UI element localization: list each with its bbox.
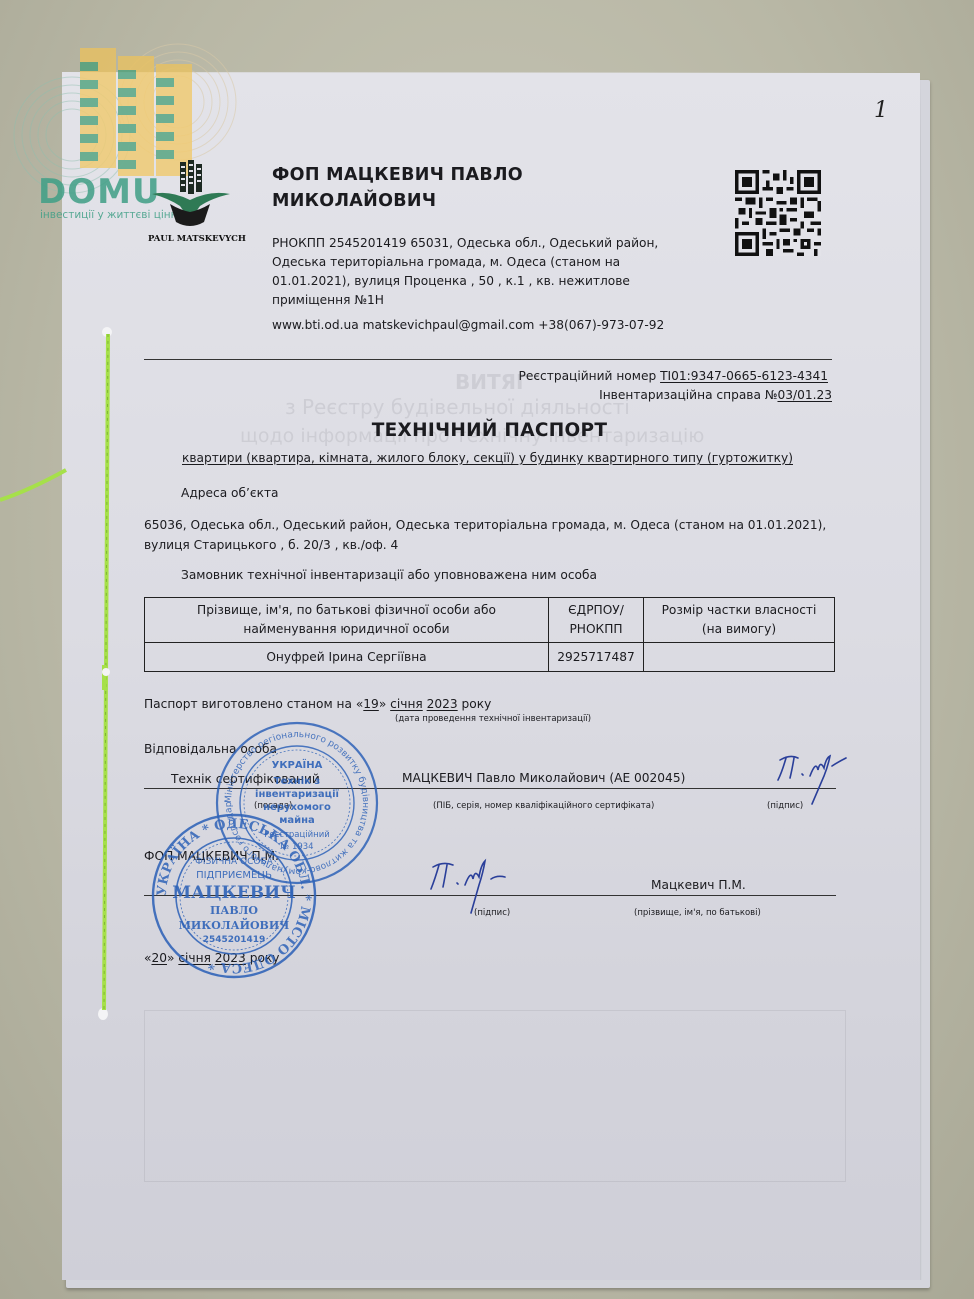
responsible-person-label: Відповідальна особа <box>144 742 277 756</box>
organization-contacts: www.bti.od.ua matskevichpaul@gmail.com +… <box>272 318 664 332</box>
prepared-date-note: (дата проведення технічної інвентаризаці… <box>395 714 591 724</box>
issue-date-text: » <box>167 951 178 965</box>
issue-date: «20» січня 2023 року <box>144 951 279 965</box>
document-subtitle: квартири (квартира, кімната, жилого блок… <box>182 451 793 465</box>
show-through-table <box>144 1010 846 1182</box>
executor-name-caption: (прізвище, ім'я, по батькові) <box>634 908 761 918</box>
document-title: ТЕХНІЧНИЙ ПАСПОРТ <box>0 420 974 441</box>
organization-details-line: 01.01.2021), вулиця Проценка , 50 , к.1 … <box>272 272 672 291</box>
owners-table: Прізвище, ім'я, по батькові фізичної осо… <box>144 597 835 672</box>
column-header-line: (на вимогу) <box>648 620 830 639</box>
binding-thread <box>0 320 120 1040</box>
executor-name: Мацкевич П.М. <box>651 878 746 892</box>
organization-name-line: ФОП МАЦКЕВИЧ ПАВЛО <box>272 162 523 188</box>
inventory-case-value: 03/01.23 <box>777 388 832 402</box>
owner-share-cell <box>644 643 835 672</box>
issue-date-month: січня <box>178 951 211 965</box>
address-line: вулиця Старицького , б. 20/3 , кв./оф. 4 <box>144 538 398 552</box>
prepared-date-year: 2023 <box>427 697 458 711</box>
responsible-name: МАЦКЕВИЧ Павло Миколайович (АЕ 002045) <box>402 771 685 785</box>
address-label: Адреса об’єкта <box>181 486 279 500</box>
qr-code-icon[interactable] <box>735 170 821 256</box>
registration-number: Реєстраційний номер ТІ01:9347-0665-6123-… <box>519 369 828 383</box>
prepared-date: Паспорт виготовлено станом на «19» січня… <box>144 697 491 711</box>
registration-number-value: ТІ01:9347-0665-6123-4341 <box>660 369 828 383</box>
column-header-line: найменування юридичної особи <box>149 620 544 639</box>
responsible-position: Технік сертифікований <box>171 772 320 786</box>
address-line: 65036, Одеська обл., Одеський район, Оде… <box>144 518 826 532</box>
column-header: Прізвище, ім'я, по батькові фізичної осо… <box>145 598 549 643</box>
table-header-row: Прізвище, ім'я, по батькові фізичної осо… <box>145 598 835 643</box>
registration-number-label: Реєстраційний номер <box>519 369 661 383</box>
organization-details: РНОКПП 2545201419 65031, Одеська обл., О… <box>272 234 672 310</box>
signature-icon <box>768 750 858 810</box>
show-through-text: з Реєстру будівельної діяльності <box>285 395 630 419</box>
inventory-case: Інвентаризаційна справа №03/01.23 <box>599 388 832 402</box>
prepared-date-month: січня <box>390 697 423 711</box>
column-header: ЄДРПОУ/ РНОКПП <box>549 598 644 643</box>
owner-name-cell: Онуфрей Ірина Сергіївна <box>145 643 549 672</box>
organization-details-line: РНОКПП 2545201419 65031, Одеська обл., О… <box>272 234 672 253</box>
organization-details-line: приміщення №1Н <box>272 291 672 310</box>
column-header-line: Прізвище, ім'я, по батькові фізичної осо… <box>149 601 544 620</box>
issue-date-year: 2023 <box>215 951 246 965</box>
prepared-date-day: 19 <box>363 697 379 711</box>
prepared-date-text: Паспорт виготовлено станом на « <box>144 697 363 711</box>
handwritten-page-number: 1 <box>874 98 888 123</box>
signature-line <box>144 788 836 789</box>
watermark-brand: DOMU <box>38 172 161 212</box>
signature-icon <box>425 855 535 915</box>
issue-date-text: року <box>246 951 280 965</box>
position-caption: (посада) <box>254 801 292 811</box>
issue-date-day: 20 <box>151 951 167 965</box>
organization-name: ФОП МАЦКЕВИЧ ПАВЛО МИКОЛАЙОВИЧ <box>272 162 523 214</box>
prepared-date-text: » <box>379 697 390 711</box>
organization-name-line: МИКОЛАЙОВИЧ <box>272 188 523 214</box>
prepared-date-text: року <box>458 697 492 711</box>
header-divider <box>144 359 832 360</box>
owner-id-cell: 2925717487 <box>549 643 644 672</box>
name-caption: (ПІБ, серія, номер кваліфікаційного серт… <box>433 801 654 811</box>
organization-details-line: Одеська територіальна громада, м. Одеса … <box>272 253 672 272</box>
company-logo-icon <box>150 160 232 230</box>
column-header: Розмір частки власності (на вимогу) <box>644 598 835 643</box>
column-header-line: ЄДРПОУ/ <box>553 601 639 620</box>
table-row: Онуфрей Ірина Сергіївна 2925717487 <box>145 643 835 672</box>
logo-caption: PAUL MATSKEVYCH <box>148 234 246 244</box>
column-header-line: Розмір частки власності <box>648 601 830 620</box>
executor-org: ФОП МАЦКЕВИЧ П.М. <box>144 849 279 863</box>
inventory-case-label: Інвентаризаційна справа № <box>599 388 777 402</box>
customer-label: Замовник технічної інвентаризації або уп… <box>181 568 597 582</box>
column-header-line: РНОКПП <box>553 620 639 639</box>
